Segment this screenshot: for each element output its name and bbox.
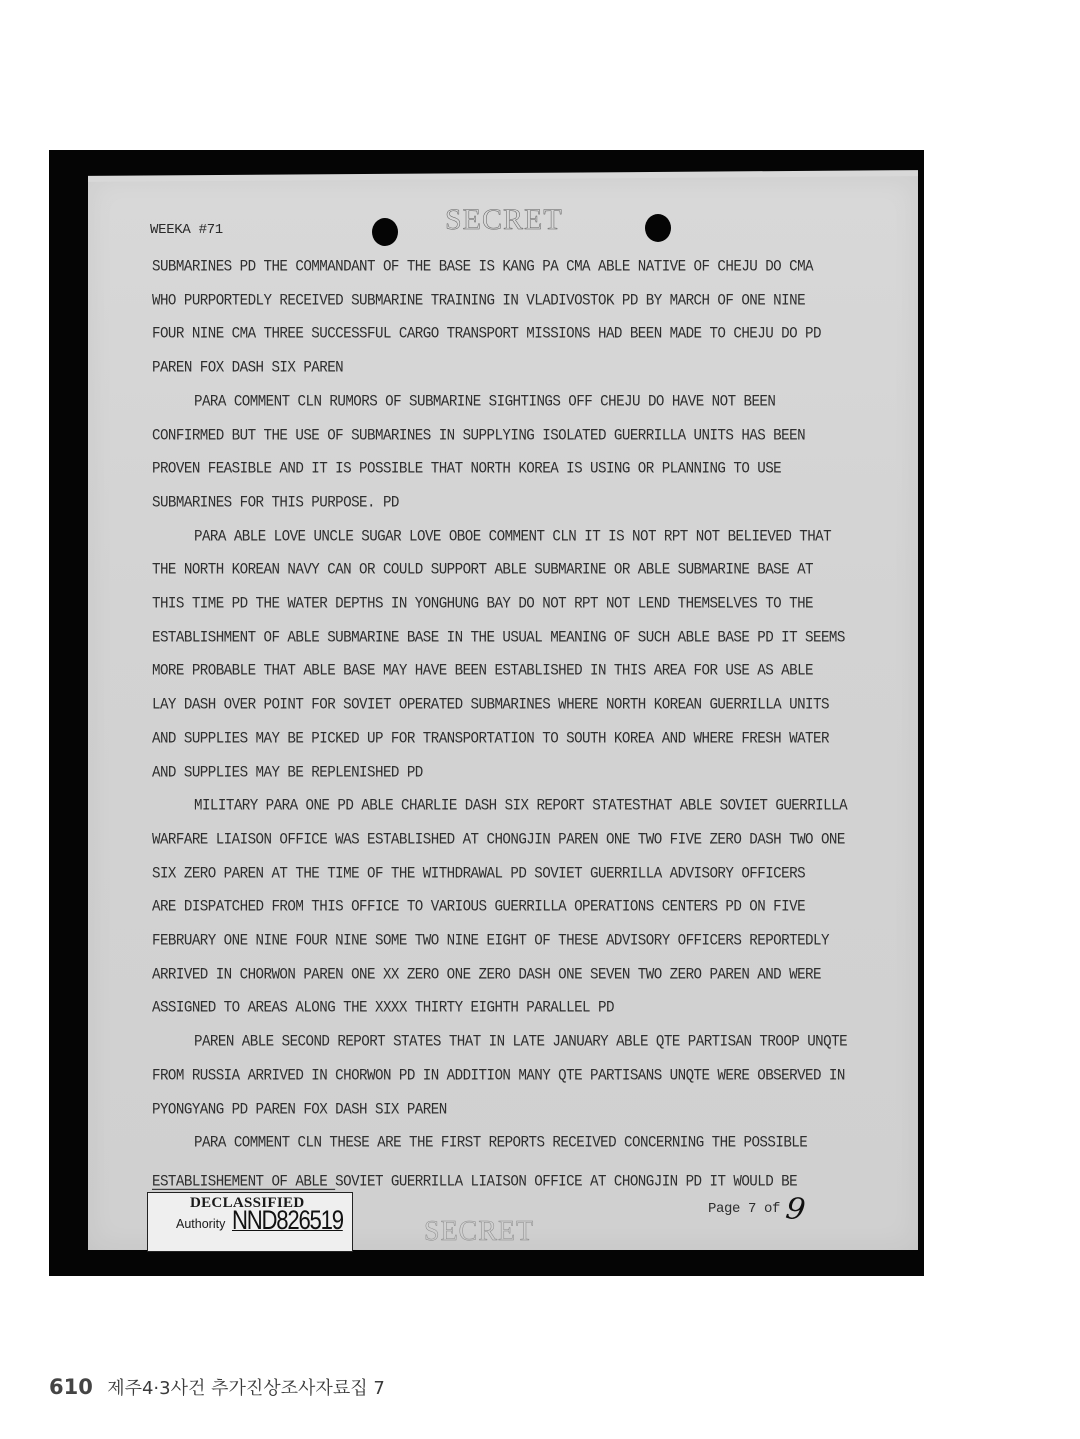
document-line: SUBMARINES PD THE COMMANDANT OF THE BASE… bbox=[152, 257, 813, 277]
document-line: MILITARY PARA ONE PD ABLE CHARLIE DASH S… bbox=[194, 796, 847, 816]
document-line: ARRIVED IN CHORWON PAREN ONE XX ZERO ONE… bbox=[152, 965, 821, 985]
document-line: SIX ZERO PAREN AT THE TIME OF THE WITHDR… bbox=[152, 864, 805, 884]
document-line: ASSIGNED TO AREAS ALONG THE XXXX THIRTY … bbox=[152, 998, 614, 1018]
document-line: FOUR NINE CMA THREE SUCCESSFUL CARGO TRA… bbox=[152, 324, 821, 344]
book-title: 제주4·3사건 추가진상조사자료집 7 bbox=[107, 1378, 385, 1399]
document-line: CONFIRMED BUT THE USE OF SUBMARINES IN S… bbox=[152, 426, 805, 446]
document-line: PAREN ABLE SECOND REPORT STATES THAT IN … bbox=[194, 1032, 847, 1052]
document-line: ESTABLISHMENT OF ABLE SUBMARINE BASE IN … bbox=[152, 628, 845, 648]
book-page-number: 610 bbox=[49, 1375, 93, 1399]
document-line: AND SUPPLIES MAY BE REPLENISHED PD bbox=[152, 763, 423, 783]
underlined-text: ESTABLISHEMENT OF ABLE bbox=[152, 1173, 335, 1191]
document-line: PROVEN FEASIBLE AND IT IS POSSIBLE THAT … bbox=[152, 459, 781, 479]
document-line: FROM RUSSIA ARRIVED IN CHORWON PD IN ADD… bbox=[152, 1066, 845, 1086]
punch-hole-right bbox=[645, 214, 671, 242]
document-line: ARE DISPATCHED FROM THIS OFFICE TO VARIO… bbox=[152, 897, 805, 917]
authority-number: NND826519 bbox=[232, 1205, 343, 1236]
document-line: WHO PURPORTEDLY RECEIVED SUBMARINE TRAIN… bbox=[152, 291, 805, 311]
document-line: LAY DASH OVER POINT FOR SOVIET OPERATED … bbox=[152, 695, 829, 715]
declassified-stamp: DECLASSIFIED Authority NND826519 bbox=[147, 1192, 353, 1252]
document-line: THIS TIME PD THE WATER DEPTHS IN YONGHUN… bbox=[152, 594, 813, 614]
document-line: PARA COMMENT CLN THESE ARE THE FIRST REP… bbox=[194, 1133, 807, 1153]
document-line: THE NORTH KOREAN NAVY CAN OR COULD SUPPO… bbox=[152, 560, 813, 580]
document-line: AND SUPPLIES MAY BE PICKED UP FOR TRANSP… bbox=[152, 729, 829, 749]
page-label: Page 7 of bbox=[708, 1201, 780, 1217]
document-line: PYONGYANG PD PAREN FOX DASH SIX PAREN bbox=[152, 1100, 447, 1120]
classification-stamp-top: SECRET bbox=[445, 205, 563, 235]
document-line: WARFARE LIAISON OFFICE WAS ESTABLISHED A… bbox=[152, 830, 845, 850]
document-line: PAREN FOX DASH SIX PAREN bbox=[152, 358, 343, 378]
document-id: WEEKA #71 bbox=[150, 222, 223, 238]
authority-label: Authority bbox=[176, 1217, 225, 1231]
classification-stamp-bottom: SECRET bbox=[424, 1218, 534, 1246]
document-line: MORE PROBABLE THAT ABLE BASE MAY HAVE BE… bbox=[152, 661, 813, 681]
line-text: SOVIET GUERRILLA LIAISON OFFICE AT CHONG… bbox=[335, 1173, 797, 1191]
document-line: SUBMARINES FOR THIS PURPOSE. PD bbox=[152, 493, 399, 513]
document-line: ESTABLISHEMENT OF ABLE SOVIET GUERRILLA … bbox=[152, 1172, 797, 1192]
punch-hole-left bbox=[372, 218, 398, 246]
document-line: PARA ABLE LOVE UNCLE SUGAR LOVE OBOE COM… bbox=[194, 527, 831, 547]
document-line: FEBRUARY ONE NINE FOUR NINE SOME TWO NIN… bbox=[152, 931, 829, 951]
book-footer: 610 제주4·3사건 추가진상조사자료집 7 bbox=[49, 1374, 385, 1400]
document-line: PARA COMMENT CLN RUMORS OF SUBMARINE SIG… bbox=[194, 392, 775, 412]
